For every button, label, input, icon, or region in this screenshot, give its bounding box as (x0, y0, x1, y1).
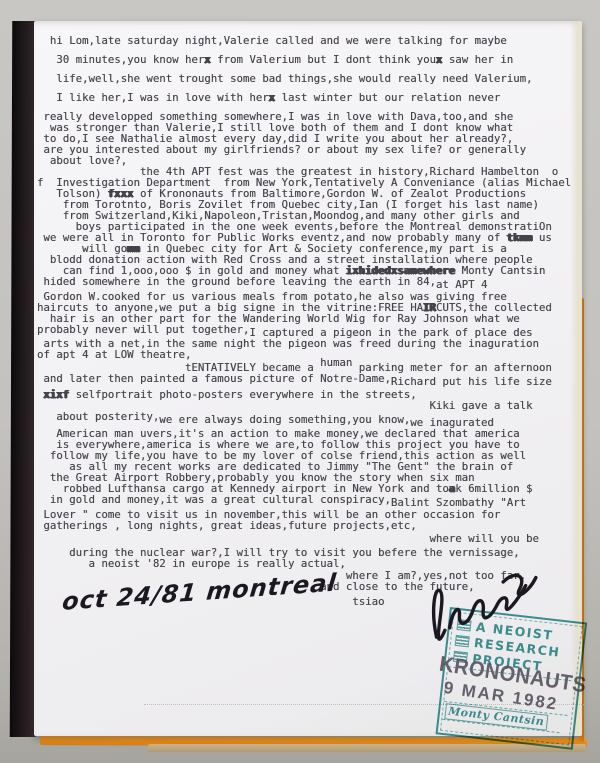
paper-edge-tan (148, 744, 586, 752)
typed-line: I like her,I was in love with herx last … (37, 92, 580, 103)
typed-line: life,well,she went trought some bad thin… (37, 73, 580, 84)
signature-scrawl (416, 563, 554, 656)
typed-line: of apt 4 at LOW theatre, (37, 349, 580, 360)
typed-line: and later then painted a famous picture … (37, 373, 580, 384)
typed-line: 30 minutes,you know herx from Valerium b… (37, 54, 580, 65)
typed-line: where will you be (37, 533, 580, 544)
typed-line: hi Lom,late saturday night,Valerie calle… (37, 35, 580, 46)
typed-letter: hi Lom,late saturday night,Valerie calle… (37, 35, 580, 607)
typed-line: about posterity,we ere always doing some… (37, 411, 580, 422)
typed-line: in gold and money,it was a great cultura… (37, 494, 580, 505)
typed-line: probably never will put together,I captu… (37, 324, 580, 335)
signature-ink (416, 563, 554, 656)
typed-line: hided somewhere in the ground before lea… (37, 276, 580, 287)
typed-line: gatherings , long nights, great ideas,fu… (37, 520, 580, 531)
photo-background: hi Lom,late saturday night,Valerie calle… (0, 0, 600, 763)
